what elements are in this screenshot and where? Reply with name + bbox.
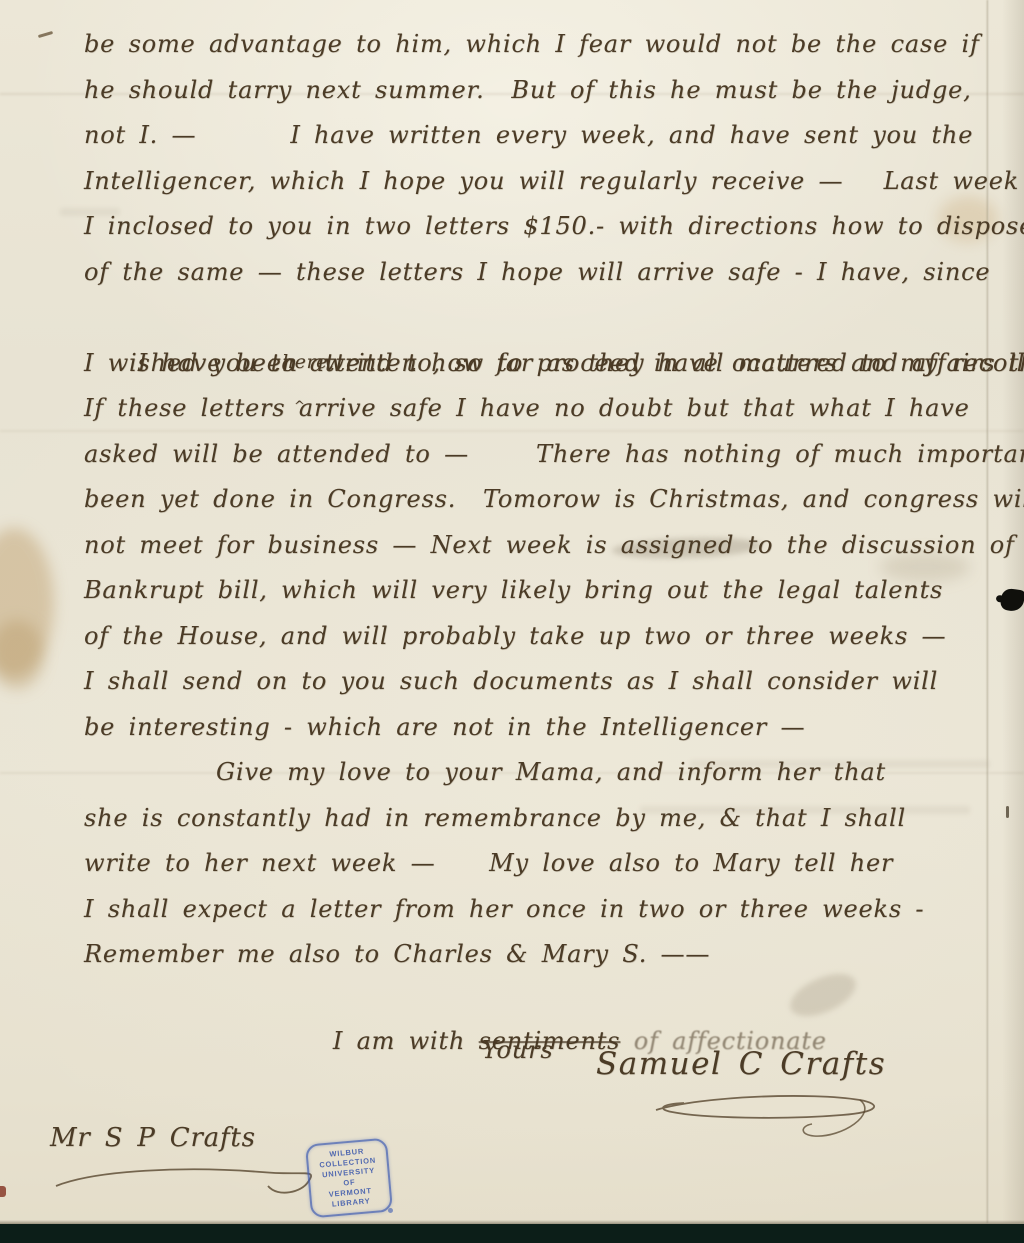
letter-line: Bankrupt bill, which will very likely br… — [84, 568, 1014, 614]
signature-flourish — [642, 1088, 892, 1146]
letter-line-with-insertion: I have beenhere,^ written how to proceed… — [84, 295, 1014, 341]
letter-line: she is constantly had in remembrance by … — [84, 796, 1014, 842]
red-edge-mark — [0, 1186, 6, 1197]
closing-line: I am with sentiments of affectionate — [306, 973, 827, 1019]
letter-line: If these letters arrive safe I have no d… — [84, 386, 1014, 432]
letter-line: I shall expect a letter from her once in… — [84, 887, 1014, 933]
letter-body: be some advantage to him, which I fear w… — [84, 22, 1014, 978]
letter-line: not I. — I have written every week, and … — [84, 113, 1014, 159]
letter-line: be some advantage to him, which I fear w… — [84, 22, 1014, 68]
letter-line: Remember me also to Charles & Mary S. —— — [84, 932, 1014, 978]
library-stamp: WILBUR COLLECTION UNIVERSITY OF VERMONT … — [305, 1138, 393, 1219]
letter-line: he should tarry next summer. But of this… — [84, 68, 1014, 114]
letter-line: of the same — these letters I hope will … — [84, 250, 1014, 296]
letter-line: be interesting - which are not in the In… — [84, 705, 1014, 751]
letter-line: Intelligencer, which I hope you will reg… — [84, 159, 1014, 205]
letter-line: Give my love to your Mama, and inform he… — [84, 750, 1014, 796]
scan-background-bar — [0, 1224, 1024, 1243]
letter-line: I wished you to attend to, so far as the… — [84, 341, 1014, 387]
addressee: Mr S P Crafts — [50, 1116, 256, 1162]
interline-insertion: here, — [282, 340, 334, 386]
stamp-ink-dot — [388, 1208, 393, 1213]
letter-line: not meet for business — Next week is ass… — [84, 523, 1014, 569]
letter-line: asked will be attended to — There has no… — [84, 432, 1014, 478]
signature: Samuel C Crafts — [596, 1042, 886, 1088]
letter-line: write to her next week — My love also to… — [84, 841, 1014, 887]
addressee-flourish — [46, 1156, 336, 1204]
letter-line: of the House, and will probably take up … — [84, 614, 1014, 660]
letter-line: been yet done in Congress. Tomorow is Ch… — [84, 477, 1014, 523]
letter-line: I inclosed to you in two letters $150.- … — [84, 204, 1014, 250]
closing-text: I am with — [333, 1027, 479, 1055]
letter-line: I shall send on to you such documents as… — [84, 659, 1014, 705]
insertion-caret: ^ — [294, 384, 306, 430]
stamp-line: LIBRARY — [332, 1196, 371, 1209]
closing-yours: Yours — [482, 1028, 553, 1074]
